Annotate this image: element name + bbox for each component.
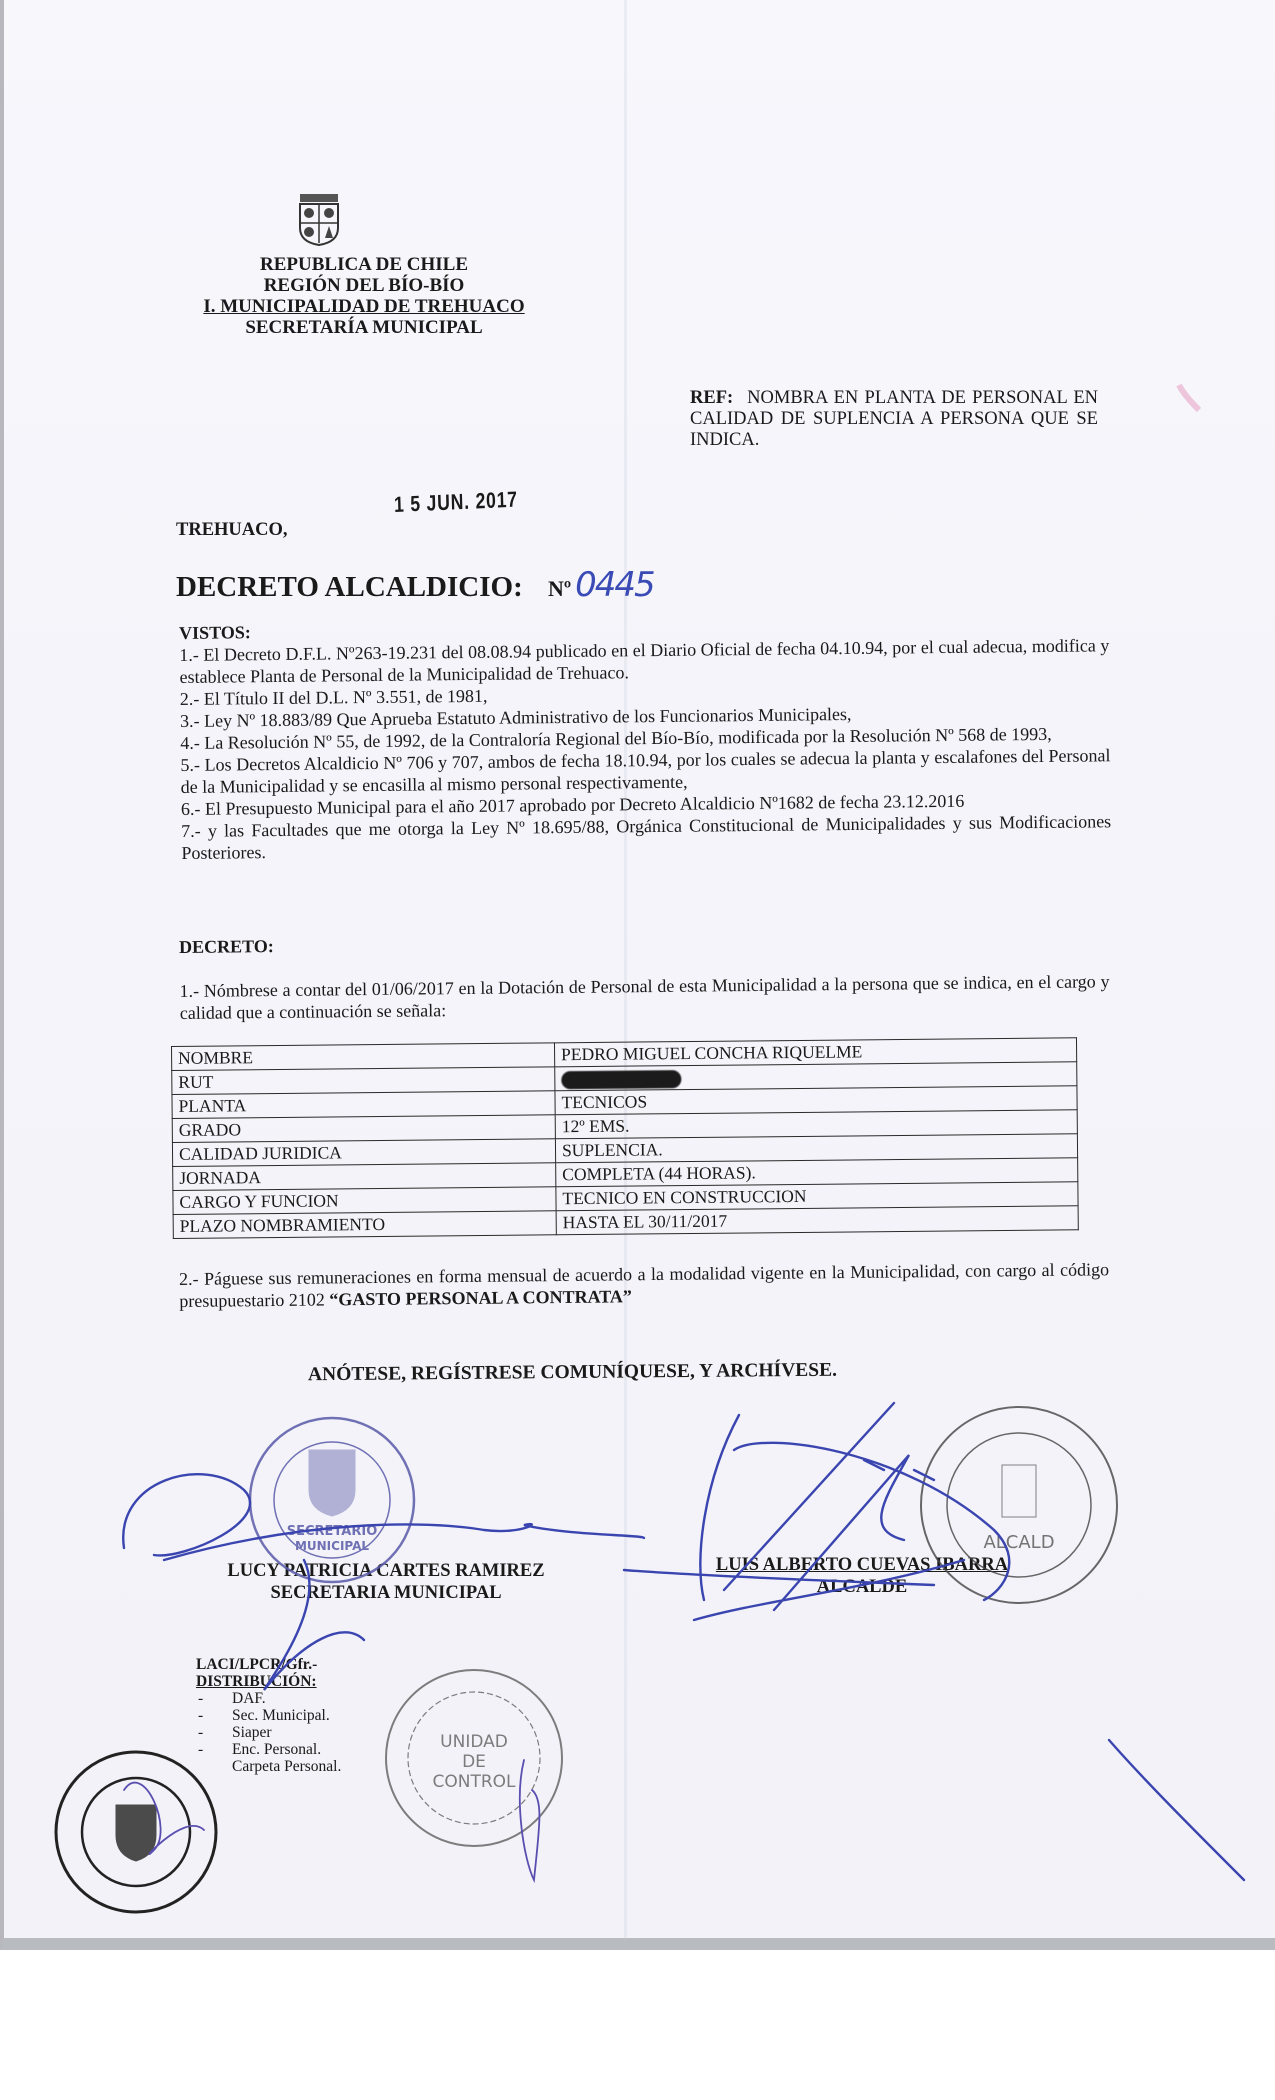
closing-formula: ANÓTESE, REGÍSTRESE COMUNÍQUESE, Y ARCHÍ… [308,1360,837,1387]
decreto-item-1: 1.- Nómbrese a contar del 01/06/2017 en … [179,970,1109,1024]
reference-block: REF:NOMBRA EN PLANTA DE PERSONAL EN CALI… [690,388,1098,451]
appointment-details-table: NOMBREPEDRO MIGUEL CONCHA RIQUELMERUTPLA… [171,1037,1079,1239]
signature-block-secretary: LUCY PATRICIA CARTES RAMIREZ SECRETARIA … [196,1560,576,1604]
payment-clause: 2.- Páguese sus remuneraciones en forma … [179,1258,1109,1312]
pink-ink-mark [1179,385,1199,410]
svg-text:CONTROL: CONTROL [432,1772,516,1792]
distribution-title: DISTRIBUCIÓN: [196,1673,341,1690]
recipient-label: Sec. Municipal. [232,1707,330,1724]
budget-code-label: “GASTO PERSONAL A CONTRATA” [329,1286,632,1309]
secretary-name: LUCY PATRICIA CARTES RAMIREZ [196,1560,576,1582]
mayor-name: LUIS ALBERTO CUEVAS IBARRA [692,1554,1032,1576]
field-label: PLANTA [172,1091,555,1119]
redaction-mark [561,1070,681,1089]
field-label: PLAZO NOMBRAMIENTO [173,1211,556,1239]
header-line-department: SECRETARÍA MUNICIPAL [164,317,564,338]
secretary-stamp-icon: SECRETARIO MUNICIPAL [250,1418,414,1582]
recipient-label: Enc. Personal. [232,1741,321,1758]
list-item: -DAF. [196,1690,341,1707]
field-value: HASTA EL 30/11/2017 [556,1206,1078,1235]
distribution-list: -DAF.-Sec. Municipal.-Siaper-Enc. Person… [196,1690,341,1775]
list-item: Carpeta Personal. [196,1758,341,1775]
vistos-section: VISTOS: 1.- El Decreto D.F.L. Nº263-19.2… [179,612,1111,864]
distribution-block: LACI/LPCR/Gfr.- DISTRIBUCIÓN: -DAF.-Sec.… [196,1656,341,1775]
recipient-label: DAF. [232,1690,266,1707]
control-unit-stamp-icon: UNIDAD DE CONTROL [386,1670,562,1846]
field-label: JORNADA [173,1163,556,1191]
svg-text:DE: DE [462,1752,486,1772]
bullet-dash: - [198,1707,203,1724]
municipal-coat-of-arms-icon [296,194,342,246]
header-line-country: REPUBLICA DE CHILE [164,254,564,275]
recipient-label: Carpeta Personal. [232,1758,341,1775]
list-item: -Sec. Municipal. [196,1707,341,1724]
svg-text:MUNICIPAL: MUNICIPAL [295,1539,369,1553]
decree-title: DECRETO ALCALDICIO: Nº0445 [176,565,654,605]
header-line-municipality: I. MUNICIPALIDAD DE TREHUACO [164,296,564,317]
svg-text:ALCALD: ALCALD [983,1532,1054,1553]
date-stamp: 1 5 JUN. 2017 [394,487,519,518]
ref-label: REF: [690,388,733,408]
svg-text:SECRETARIO: SECRETARIO [287,1524,378,1539]
secretary-role: SECRETARIA MUNICIPAL [196,1582,576,1604]
ref-text: NOMBRA EN PLANTA DE PERSONAL EN CALIDAD … [690,388,1098,450]
decree-title-label: DECRETO ALCALDICIO: [176,571,523,603]
svg-text:UNIDAD: UNIDAD [440,1732,508,1752]
field-label: CARGO Y FUNCION [173,1187,556,1215]
scanned-page: REPUBLICA DE CHILE REGIÓN DEL BÍO-BÍO I.… [0,0,1275,1950]
list-item: -Siaper [196,1724,341,1741]
list-item: -Enc. Personal. [196,1741,341,1758]
decree-number-handwritten: 0445 [575,565,654,605]
bullet-dash: - [198,1741,203,1758]
bullet-dash: - [198,1724,203,1741]
bullet-dash: - [198,1690,203,1707]
payment-text: 2.- Páguese sus remuneraciones en forma … [179,1259,1109,1311]
city-line: TREHUACO, [176,520,288,541]
legal-advisor-stamp-icon [56,1752,216,1912]
decree-number-prefix: Nº [548,576,571,601]
header-line-region: REGIÓN DEL BÍO-BÍO [164,275,564,296]
institution-header: REPUBLICA DE CHILE REGIÓN DEL BÍO-BÍO I.… [164,254,564,338]
field-label: NOMBRE [172,1043,555,1071]
vistos-item: 7.- y las Facultades que me otorga la Le… [181,810,1111,864]
decreto-section: DECRETO: 1.- Nómbrese a contar del 01/06… [179,926,1110,1024]
handwritten-signatures [123,1403,1244,1880]
field-label: CALIDAD JURIDICA [172,1139,555,1167]
signature-block-mayor: LUIS ALBERTO CUEVAS IBARRA ALCALDE [692,1554,1032,1598]
mayor-role: ALCALDE [692,1576,1032,1598]
initials: LACI/LPCR/Gfr.- [196,1656,341,1673]
recipient-label: Siaper [232,1724,272,1741]
field-label: GRADO [172,1115,555,1143]
field-label: RUT [172,1067,555,1095]
